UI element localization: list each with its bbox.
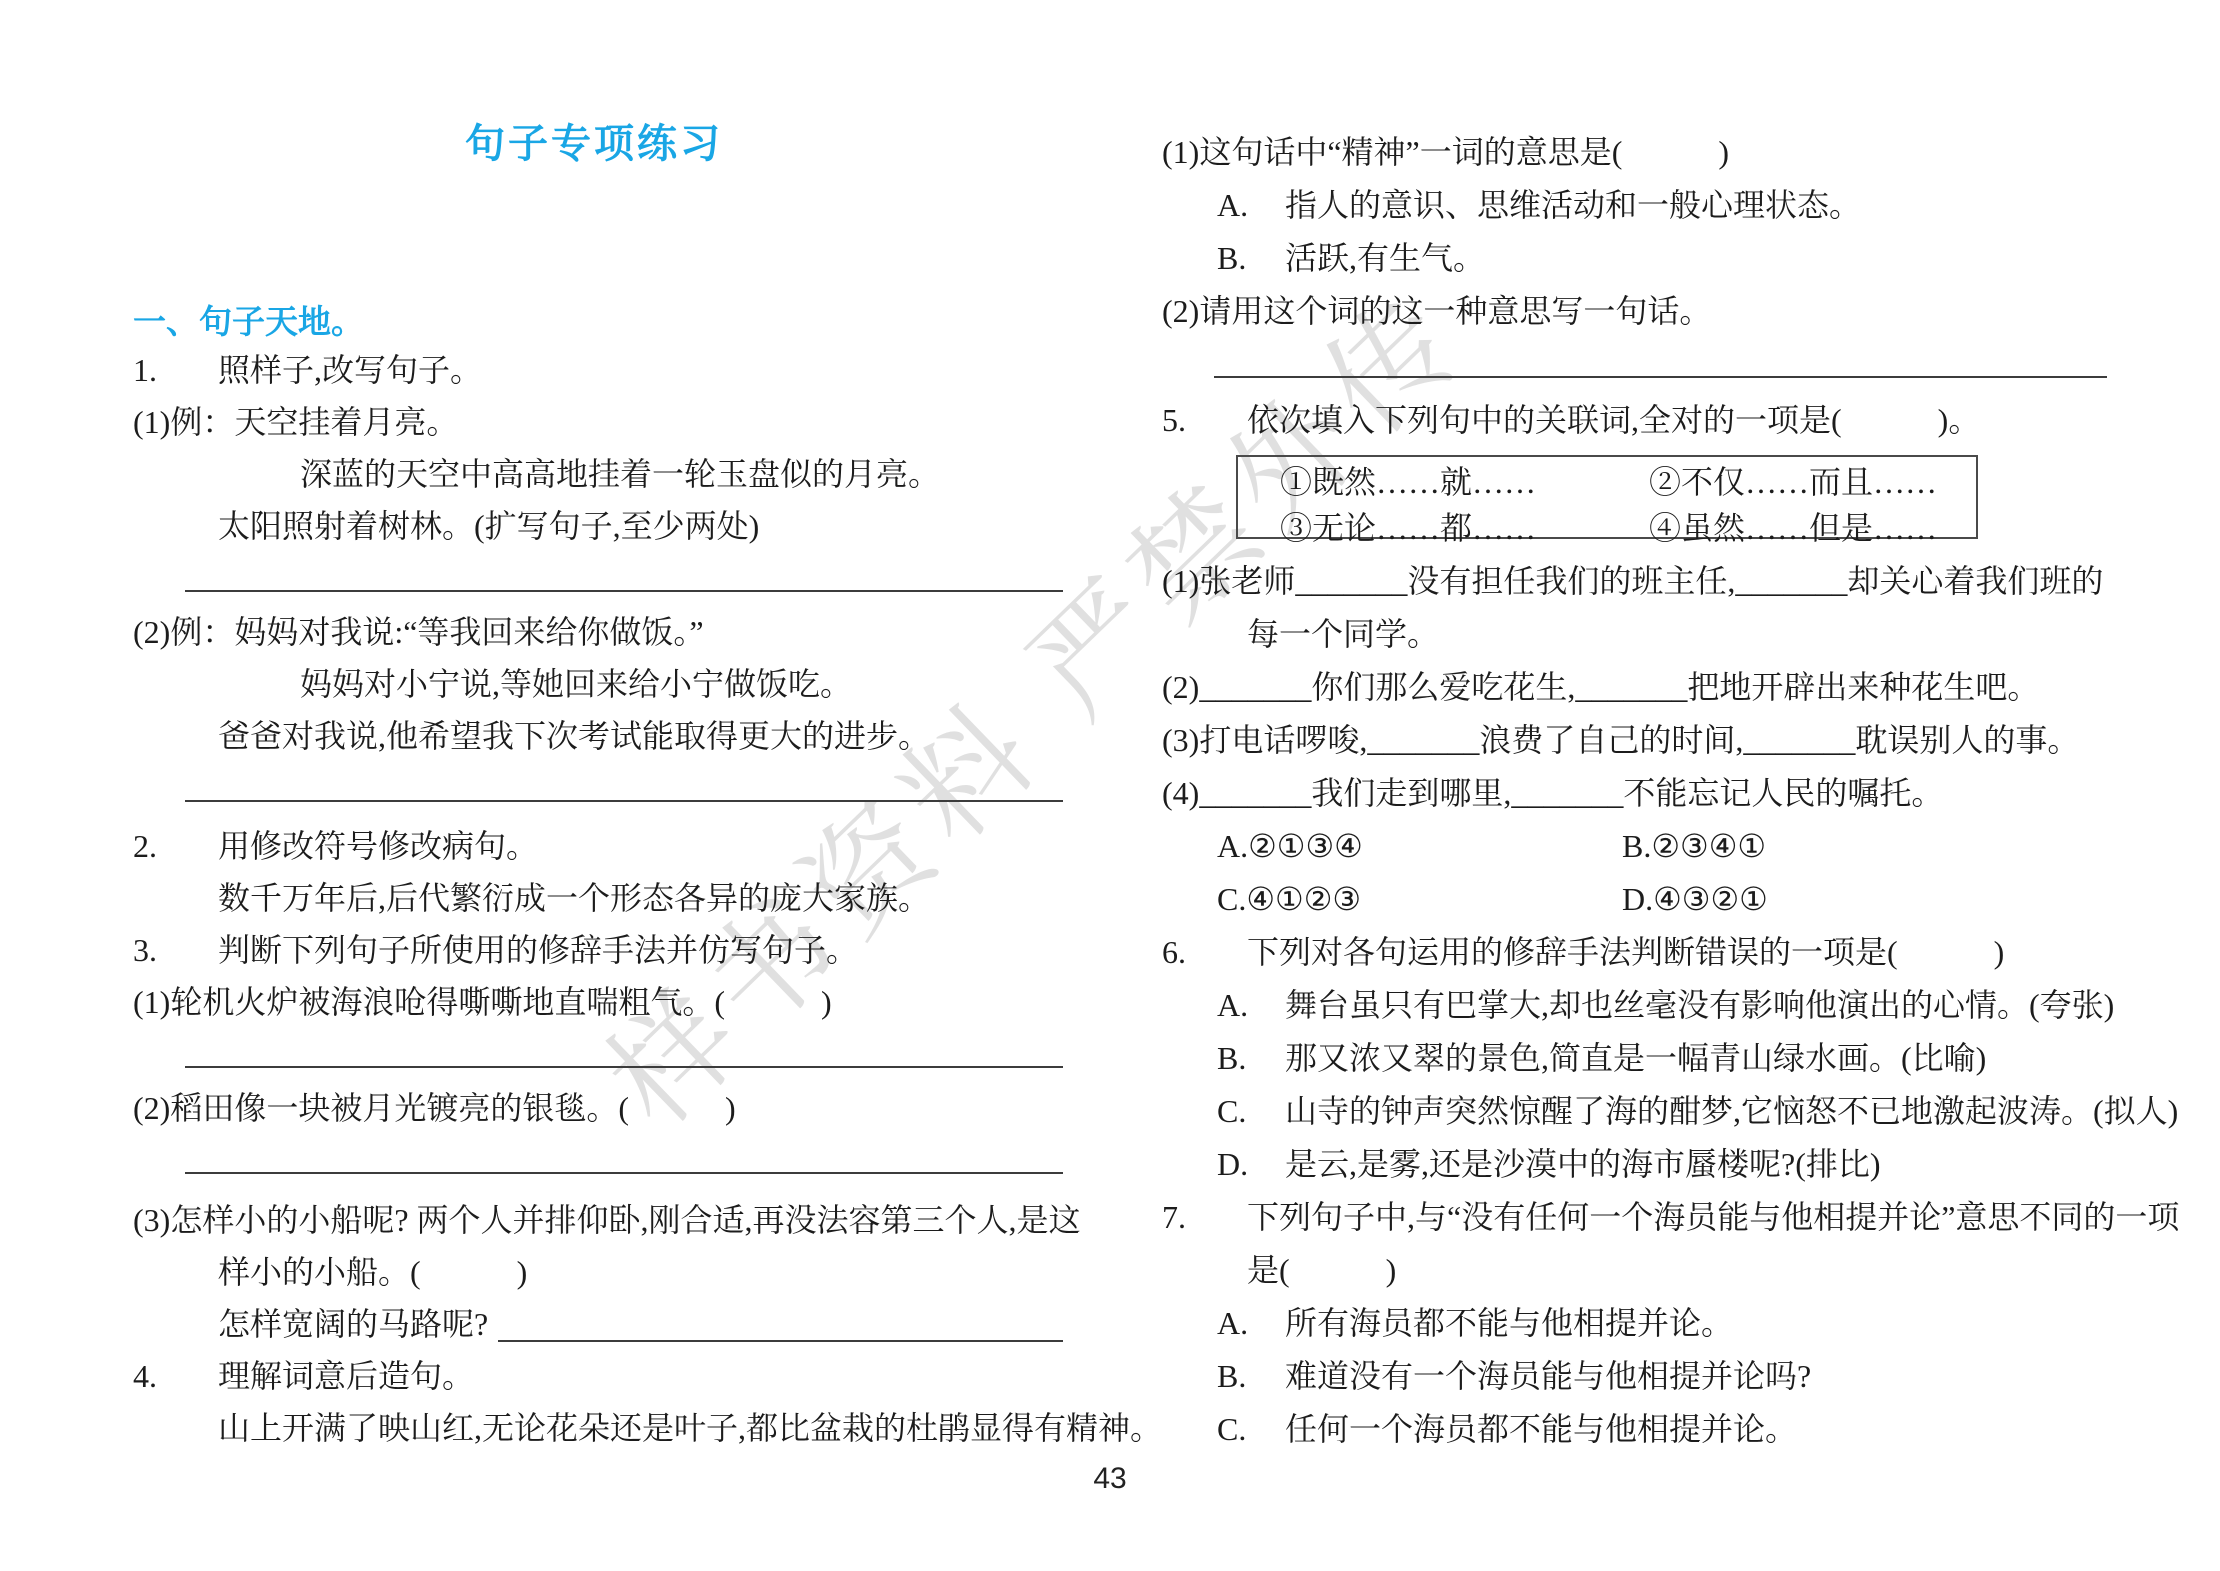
option-letter-a: A. [1217,1297,1285,1350]
option-c-text: ④①②③ [1246,881,1361,917]
q3-sentence-1: (1)轮机火炉被海浪呛得嘶嘶地直喘粗气。( ) [133,976,1063,1028]
question-1-number: 1. [133,344,218,396]
question-7-text: 下列句子中,与“没有任何一个海员能与他相提并论”意思不同的一项 [1247,1199,2179,1235]
answer-blank-line [185,1134,1063,1174]
option-letter-c: C. [1217,1403,1285,1456]
q2-sentence: 数千万年后,后代繁衍成一个形态各异的庞大家族。 [133,872,1063,924]
q5-option-b: B.②③④① [1622,820,2107,873]
question-3-title: 3.判断下列句子所使用的修辞手法并仿写句子。 [133,924,1063,976]
option-letter-b: B. [1217,1032,1285,1085]
q6-option-c: C.山寺的钟声突然惊醒了海的酣梦,它恼怒不已地激起波涛。(拟人) [1162,1085,2107,1138]
question-2-number: 2. [133,820,218,872]
question-5-number: 5. [1162,394,1247,447]
q3-sentence-3-line1: (3)怎样小的小船呢? 两个人并排仰卧,刚合适,再没法容第三个人,是这 [133,1194,1063,1246]
q4-sub2: (2)请用这个词的这一种意思写一句话。 [1162,285,2107,338]
option-letter-c: C. [1217,881,1246,917]
option-c-text: 山寺的钟声突然惊醒了海的酣梦,它恼怒不已地激起波涛。(拟人) [1285,1093,2178,1129]
question-2-title: 2.用修改符号修改病句。 [133,820,1063,872]
right-column: (1)这句话中“精神”一词的意思是( ) A.指人的意识、思维活动和一般心理状态… [1162,0,2107,1456]
option-d-text: ④③②① [1653,881,1768,917]
option-letter-c: C. [1217,1085,1285,1138]
option-letter-b: B. [1217,232,1285,285]
option-a-text: 指人的意识、思维活动和一般心理状态。 [1285,187,1861,223]
option-b-text: 活跃,有生气。 [1285,240,1485,276]
q1-example-1-model: 深蓝的天空中高高地挂着一轮玉盘似的月亮。 [133,448,1063,500]
option-b-text: 那又浓又翠的景色,简直是一幅青山绿水画。(比喻) [1285,1040,1986,1076]
question-1-text: 照样子,改写句子。 [218,352,482,388]
q1-example-2-model: 妈妈对小宁说,等她回来给小宁做饭吃。 [133,658,1063,710]
q1-example-2: (2)例：妈妈对我说:“等我回来给你做饭。” [133,606,1063,658]
q7-option-a: A.所有海员都不能与他相提并论。 [1162,1297,2107,1350]
q3-road-question: 怎样宽阔的马路呢? [218,1298,488,1350]
q7-option-b: B.难道没有一个海员能与他相提并论吗? [1162,1350,2107,1403]
option-a-text: 所有海员都不能与他相提并论。 [1285,1305,1733,1341]
q5-sentence-4: (4)_______我们走到哪里,_______不能忘记人民的嘱托。 [1162,767,2107,820]
q5-sentence-2: (2)_______你们那么爱吃花生,_______把地开辟出来种花生吧。 [1162,661,2107,714]
q1-example-1-task: 太阳照射着树林。(扩写句子,至少两处) [133,500,1063,552]
question-6-title: 6.下列对各句运用的修辞手法判断错误的一项是( ) [1162,926,2107,979]
section-heading: 一、句子天地。 [133,300,1063,344]
question-4-number: 4. [133,1350,218,1402]
q1-example-2-task: 爸爸对我说,他希望我下次考试能取得更大的进步。 [133,710,1063,762]
answer-blank-line [185,552,1063,592]
q5-option-c: C.④①②③ [1217,873,1622,926]
q5-option-a: A.②①③④ [1217,820,1622,873]
q7-option-c: C.任何一个海员都不能与他相提并论。 [1162,1403,2107,1456]
question-4-text: 理解词意后造句。 [218,1358,474,1394]
q6-option-d: D.是云,是雾,还是沙漠中的海市蜃楼呢?(排比) [1162,1138,2107,1191]
q5-option-d: D.④③②① [1622,873,2107,926]
connective-2: ②不仅……而且…… [1607,457,1976,503]
q3-sentence-2: (2)稻田像一块被月光镀亮的银毯。( ) [133,1082,1063,1134]
question-1-title: 1.照样子,改写句子。 [133,344,1063,396]
inline-answer-blank [498,1298,1063,1342]
q6-option-b: B.那又浓又翠的景色,简直是一幅青山绿水画。(比喻) [1162,1032,2107,1085]
question-7-number: 7. [1162,1191,1247,1244]
q4-sub1-option-b: B.活跃,有生气。 [1162,232,2107,285]
page-number: 43 [0,1462,2220,1496]
question-3-number: 3. [133,924,218,976]
q4-sub1-option-a: A.指人的意识、思维活动和一般心理状态。 [1162,179,2107,232]
option-letter-a: A. [1217,979,1285,1032]
question-5-title: 5.依次填入下列句中的关联词,全对的一项是( )。 [1162,394,2107,447]
q5-sentence-1-line2: 每一个同学。 [1162,608,2107,661]
q1-example-1: (1)例：天空挂着月亮。 [133,396,1063,448]
option-d-text: 是云,是雾,还是沙漠中的海市蜃楼呢?(排比) [1285,1146,1881,1182]
question-3-text: 判断下列句子所使用的修辞手法并仿写句子。 [218,932,858,968]
q5-options-row-2: C.④①②③ D.④③②① [1162,873,2107,926]
option-letter-b: B. [1217,1350,1285,1403]
q3-sentence-3-line3: 怎样宽阔的马路呢? [133,1298,1063,1350]
option-letter-b: B. [1622,828,1651,864]
option-letter-d: D. [1217,1138,1285,1191]
q5-options-row-1: A.②①③④ B.②③④① [1162,820,2107,873]
connective-1: ①既然……就…… [1238,457,1607,503]
connectives-box: ①既然……就…… ②不仅……而且…… ③无论……都…… ④虽然……但是…… [1236,455,1978,539]
option-c-text: 任何一个海员都不能与他相提并论。 [1285,1411,1797,1447]
q4-sub1: (1)这句话中“精神”一词的意思是( ) [1162,126,2107,179]
q6-option-a: A.舞台虽只有巴掌大,却也丝毫没有影响他演出的心情。(夸张) [1162,979,2107,1032]
connective-3: ③无论……都…… [1238,503,1607,549]
question-7-title: 7.下列句子中,与“没有任何一个海员能与他相提并论”意思不同的一项 [1162,1191,2107,1244]
answer-blank-line [1214,338,2107,378]
question-2-text: 用修改符号修改病句。 [218,828,538,864]
q5-sentence-1-line1: (1)张老师_______没有担任我们的班主任,_______却关心着我们班的 [1162,555,2107,608]
answer-blank-line [185,762,1063,802]
question-7-text-line2: 是( ) [1162,1244,2107,1297]
question-6-text: 下列对各句运用的修辞手法判断错误的一项是( ) [1247,934,2004,970]
option-a-text: ②①③④ [1248,828,1363,864]
option-letter-a: A. [1217,179,1285,232]
question-6-number: 6. [1162,926,1247,979]
option-letter-d: D. [1622,881,1653,917]
q5-sentence-3: (3)打电话啰唆,_______浪费了自己的时间,_______耽误别人的事。 [1162,714,2107,767]
left-column: 一、句子天地。 1.照样子,改写句子。 (1)例：天空挂着月亮。 深蓝的天空中高… [133,0,1063,1454]
question-5-text: 依次填入下列句中的关联词,全对的一项是( )。 [1247,402,1980,438]
q3-sentence-3-line2: 样小的小船。( ) [133,1246,1063,1298]
option-b-text: ②③④① [1651,828,1766,864]
question-4-title: 4.理解词意后造句。 [133,1350,1063,1402]
option-letter-a: A. [1217,828,1248,864]
option-b-text: 难道没有一个海员能与他相提并论吗? [1285,1358,1811,1394]
answer-blank-line [185,1028,1063,1068]
q4-sentence: 山上开满了映山红,无论花朵还是叶子,都比盆栽的杜鹃显得有精神。 [133,1402,1063,1454]
connective-4: ④虽然……但是…… [1607,503,1976,549]
option-a-text: 舞台虽只有巴掌大,却也丝毫没有影响他演出的心情。(夸张) [1285,987,2114,1023]
